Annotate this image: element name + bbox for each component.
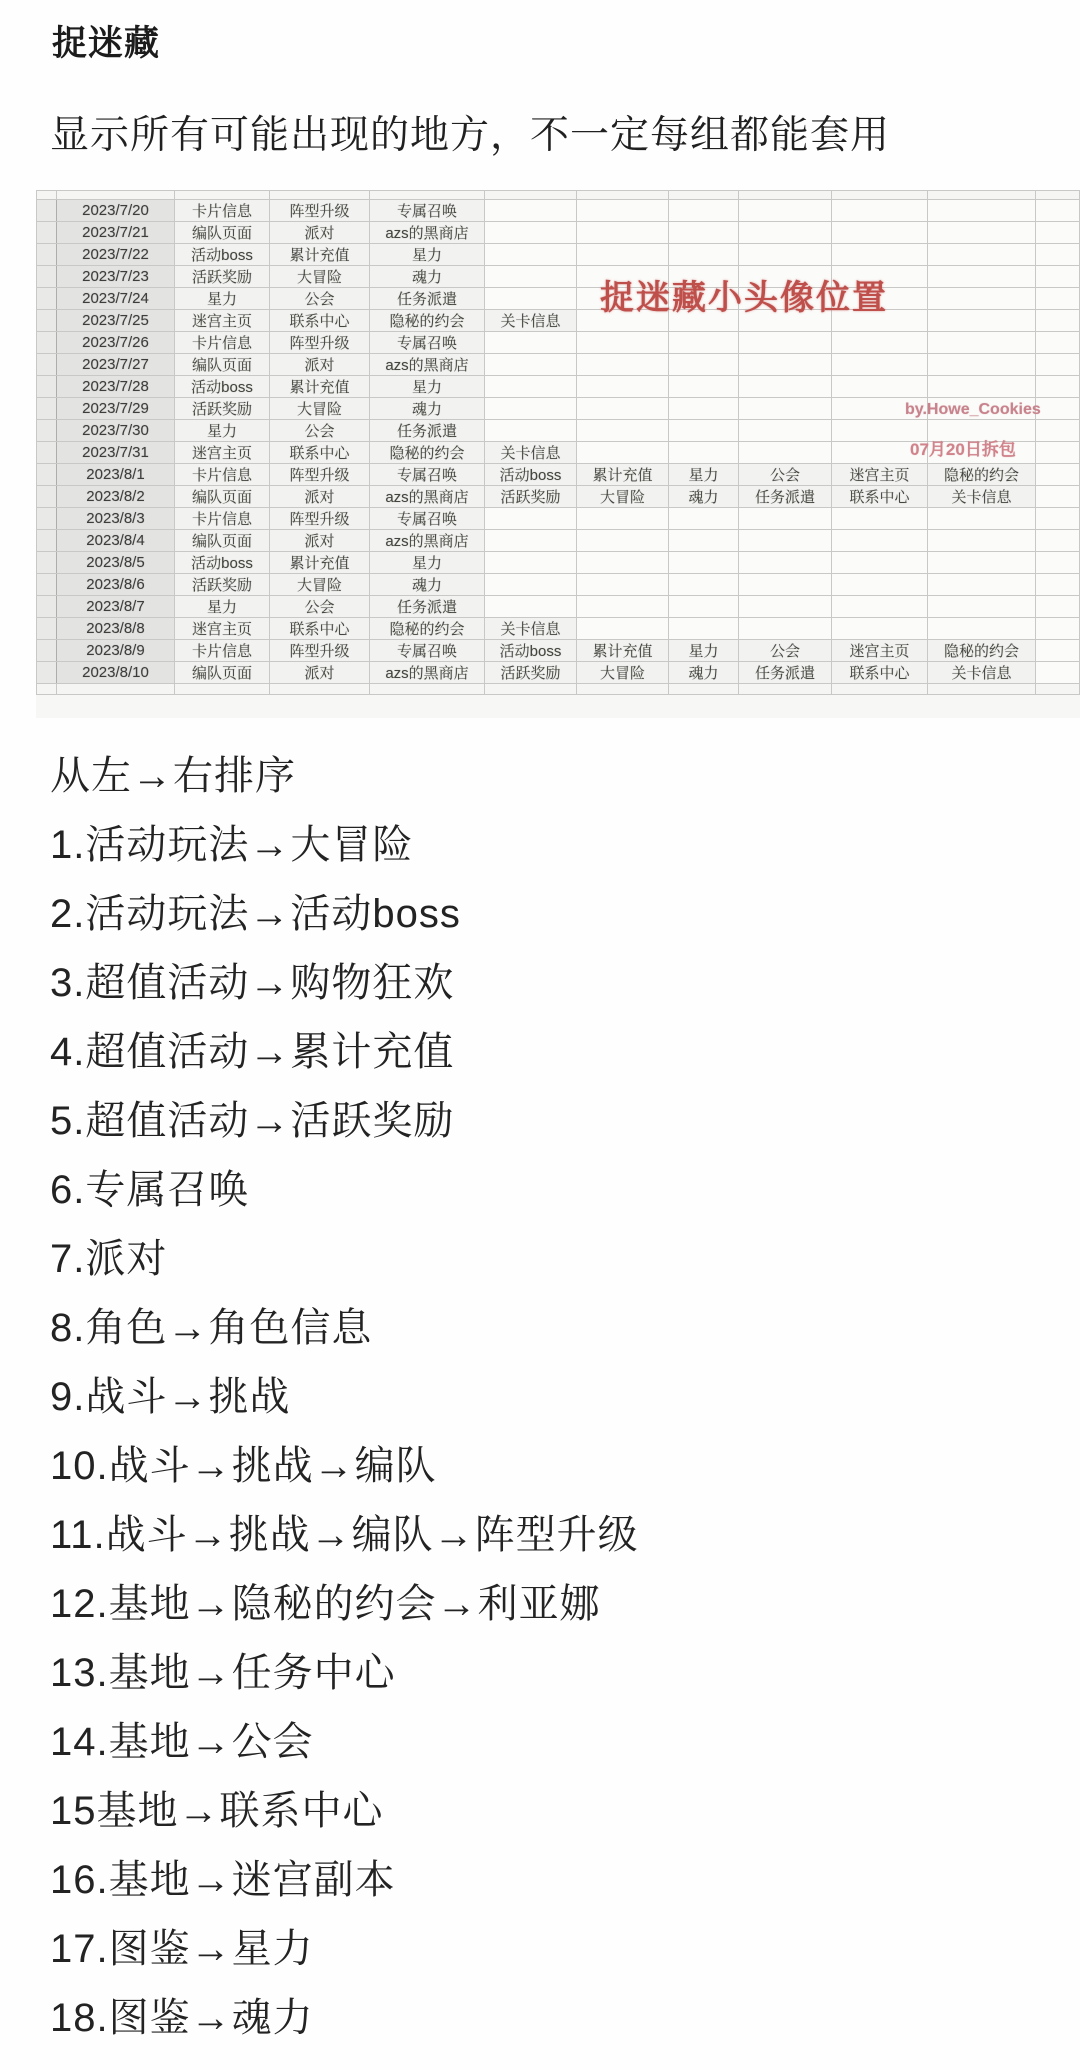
list-item: 4.超值活动→累计充值 (50, 1018, 639, 1087)
datamine-note: 07月20日拆包 (910, 435, 1016, 460)
schedule-cell (669, 618, 739, 640)
partial-cell (175, 191, 270, 200)
schedule-cell (739, 222, 832, 244)
schedule-cell: 任务派遣 (370, 288, 485, 310)
schedule-cell (832, 618, 928, 640)
partial-cell (1036, 191, 1080, 200)
partial-cell (370, 191, 485, 200)
tail-cell (1036, 354, 1080, 376)
schedule-cell: 任务派遣 (739, 486, 832, 508)
schedule-cell (832, 552, 928, 574)
schedule-cell (928, 574, 1036, 596)
schedule-cell: 隐秘的约会 (928, 464, 1036, 486)
schedule-cell: 迷宫主页 (175, 618, 270, 640)
schedule-cell: 关卡信息 (485, 442, 577, 464)
schedule-cell (485, 354, 577, 376)
date-cell: 2023/7/24 (57, 288, 175, 310)
table-row: 2023/8/3卡片信息阵型升级专属召唤 (37, 508, 1080, 530)
list-item: 1.活动玩法→大冒险 (50, 811, 639, 880)
author-watermark: by.Howe_Cookies (905, 401, 1041, 419)
tail-cell (1036, 486, 1080, 508)
date-cell: 2023/7/22 (57, 244, 175, 266)
row-number-cell (37, 442, 57, 464)
schedule-cell (832, 244, 928, 266)
schedule-cell (577, 596, 669, 618)
schedule-cell (669, 244, 739, 266)
schedule-cell (739, 530, 832, 552)
list-item: 6.专属召唤 (50, 1156, 639, 1225)
schedule-cell (739, 398, 832, 420)
schedule-cell (928, 354, 1036, 376)
date-cell: 2023/8/1 (57, 464, 175, 486)
date-cell: 2023/7/25 (57, 310, 175, 332)
table-row: 2023/7/21编队页面派对azs的黑商店 (37, 222, 1080, 244)
schedule-cell: 编队页面 (175, 530, 270, 552)
list-item: 17.图鉴→星力 (50, 1915, 639, 1984)
schedule-cell: 魂力 (669, 486, 739, 508)
schedule-cell (739, 332, 832, 354)
schedule-cell: 关卡信息 (485, 310, 577, 332)
partial-cell (37, 684, 57, 695)
partial-cell (370, 684, 485, 695)
schedule-cell: 公会 (270, 596, 370, 618)
schedule-cell: 专属召唤 (370, 464, 485, 486)
schedule-cell: 累计充值 (270, 376, 370, 398)
schedule-cell: 联系中心 (270, 618, 370, 640)
date-cell: 2023/7/23 (57, 266, 175, 288)
list-item: 8.角色→角色信息 (50, 1294, 639, 1363)
list-item: 2.活动玩法→活动boss (50, 880, 639, 949)
schedule-cell: 大冒险 (577, 662, 669, 684)
schedule-cell: 迷宫主页 (175, 442, 270, 464)
partial-cell (1036, 684, 1080, 695)
list-heading: 从左→右排序 (50, 742, 639, 811)
schedule-cell (669, 420, 739, 442)
schedule-cell (577, 508, 669, 530)
schedule-cell (739, 442, 832, 464)
schedule-cell (669, 552, 739, 574)
schedule-cell (739, 354, 832, 376)
schedule-cell: 隐秘的约会 (370, 442, 485, 464)
tail-cell (1036, 332, 1080, 354)
schedule-cell (577, 552, 669, 574)
schedule-cell (739, 618, 832, 640)
schedule-cell: 活跃奖励 (175, 266, 270, 288)
partial-cell (832, 191, 928, 200)
schedule-cell (577, 574, 669, 596)
partial-cell (485, 191, 577, 200)
list-item: 16.基地→迷宫副本 (50, 1846, 639, 1915)
order-list: 从左→右排序 1.活动玩法→大冒险2.活动玩法→活动boss3.超值活动→购物狂… (50, 742, 639, 2053)
schedule-cell: 联系中心 (270, 442, 370, 464)
table-row: 2023/8/1卡片信息阵型升级专属召唤活动boss累计充值星力公会迷宫主页隐秘… (37, 464, 1080, 486)
schedule-cell (485, 266, 577, 288)
partial-cell (270, 684, 370, 695)
list-item: 13.基地→任务中心 (50, 1639, 639, 1708)
tail-cell (1036, 222, 1080, 244)
schedule-cell: 隐秘的约会 (370, 310, 485, 332)
schedule-cell (577, 376, 669, 398)
schedule-cell: 活跃奖励 (175, 574, 270, 596)
table-row: 2023/7/28活动boss累计充值星力 (37, 376, 1080, 398)
schedule-cell: 阵型升级 (270, 200, 370, 222)
schedule-cell: 派对 (270, 662, 370, 684)
schedule-cell: 公会 (739, 640, 832, 662)
tail-cell (1036, 640, 1080, 662)
schedule-cell: 累计充值 (577, 464, 669, 486)
schedule-cell (577, 420, 669, 442)
table-row: 2023/8/2编队页面派对azs的黑商店活跃奖励大冒险魂力任务派遣联系中心关卡… (37, 486, 1080, 508)
schedule-cell (739, 574, 832, 596)
schedule-cell (485, 200, 577, 222)
tail-cell (1036, 200, 1080, 222)
schedule-cell: 星力 (669, 640, 739, 662)
schedule-cell (928, 552, 1036, 574)
partial-cell (175, 684, 270, 695)
table-row: 2023/7/26卡片信息阵型升级专属召唤 (37, 332, 1080, 354)
schedule-cell (577, 442, 669, 464)
schedule-cell: 活跃奖励 (485, 662, 577, 684)
tail-cell (1036, 596, 1080, 618)
schedule-cell (485, 420, 577, 442)
partial-cell (832, 684, 928, 695)
partial-cell (577, 684, 669, 695)
tail-cell (1036, 530, 1080, 552)
row-number-cell (37, 420, 57, 442)
schedule-cell: 派对 (270, 354, 370, 376)
schedule-cell: 编队页面 (175, 662, 270, 684)
table-row: 2023/8/6活跃奖励大冒险魂力 (37, 574, 1080, 596)
partial-cell (669, 684, 739, 695)
schedule-cell (577, 618, 669, 640)
table-row: 2023/8/4编队页面派对azs的黑商店 (37, 530, 1080, 552)
list-item: 5.超值活动→活跃奖励 (50, 1087, 639, 1156)
date-cell: 2023/7/21 (57, 222, 175, 244)
date-cell: 2023/8/6 (57, 574, 175, 596)
schedule-cell: 隐秘的约会 (928, 640, 1036, 662)
tail-cell (1036, 398, 1080, 420)
schedule-cell: 隐秘的约会 (370, 618, 485, 640)
schedule-cell: 累计充值 (270, 244, 370, 266)
row-number-cell (37, 574, 57, 596)
schedule-cell (832, 508, 928, 530)
schedule-cell (577, 354, 669, 376)
row-number-cell (37, 200, 57, 222)
schedule-cell: azs的黑商店 (370, 530, 485, 552)
schedule-cell: 卡片信息 (175, 508, 270, 530)
schedule-cell: 公会 (739, 464, 832, 486)
schedule-cell (928, 244, 1036, 266)
row-number-cell (37, 288, 57, 310)
sheet-annotation-title: 捉迷藏小头像位置 (600, 270, 888, 319)
schedule-cell (485, 530, 577, 552)
schedule-cell (577, 244, 669, 266)
schedule-cell: 关卡信息 (928, 486, 1036, 508)
date-cell: 2023/7/29 (57, 398, 175, 420)
schedule-cell (928, 618, 1036, 640)
schedule-cell: 累计充值 (270, 552, 370, 574)
tail-cell (1036, 618, 1080, 640)
post-page: 捉迷藏 显示所有可能出现的地方，不一定每组都能套用 2023/7/20卡片信息阵… (0, 0, 1080, 2070)
schedule-cell (832, 530, 928, 552)
partial-cell (577, 191, 669, 200)
schedule-cell: 阵型升级 (270, 464, 370, 486)
schedule-cell: 魂力 (669, 662, 739, 684)
schedule-cell: 阵型升级 (270, 640, 370, 662)
date-cell: 2023/7/20 (57, 200, 175, 222)
row-number-cell (37, 310, 57, 332)
schedule-cell (739, 552, 832, 574)
schedule-cell (928, 596, 1036, 618)
schedule-cell (928, 200, 1036, 222)
schedule-cell: 星力 (175, 596, 270, 618)
schedule-cell (669, 332, 739, 354)
list-item: 9.战斗→挑战 (50, 1363, 639, 1432)
tail-cell (1036, 574, 1080, 596)
schedule-cell (739, 376, 832, 398)
schedule-cell (485, 244, 577, 266)
schedule-cell: azs的黑商店 (370, 486, 485, 508)
date-cell: 2023/8/10 (57, 662, 175, 684)
date-cell: 2023/7/27 (57, 354, 175, 376)
row-number-cell (37, 332, 57, 354)
date-cell: 2023/7/28 (57, 376, 175, 398)
schedule-cell (832, 596, 928, 618)
schedule-cell: 阵型升级 (270, 508, 370, 530)
schedule-cell (739, 244, 832, 266)
schedule-cell: 阵型升级 (270, 332, 370, 354)
schedule-cell: 联系中心 (832, 662, 928, 684)
schedule-cell (739, 508, 832, 530)
tail-cell (1036, 288, 1080, 310)
schedule-cell (577, 332, 669, 354)
tail-cell (1036, 464, 1080, 486)
schedule-cell: azs的黑商店 (370, 354, 485, 376)
schedule-cell: 派对 (270, 486, 370, 508)
schedule-cell (832, 376, 928, 398)
tail-cell (1036, 508, 1080, 530)
schedule-cell (577, 398, 669, 420)
row-number-cell (37, 662, 57, 684)
schedule-cell: azs的黑商店 (370, 662, 485, 684)
schedule-cell: 派对 (270, 530, 370, 552)
schedule-cell (739, 420, 832, 442)
schedule-cell (669, 442, 739, 464)
table-row: 2023/7/23活跃奖励大冒险魂力 (37, 266, 1080, 288)
schedule-cell: 活跃奖励 (175, 398, 270, 420)
row-number-cell (37, 596, 57, 618)
schedule-cell: 星力 (370, 552, 485, 574)
schedule-cell: 魂力 (370, 266, 485, 288)
schedule-cell (928, 288, 1036, 310)
schedule-cell (485, 222, 577, 244)
tail-cell (1036, 552, 1080, 574)
schedule-cell: 星力 (370, 244, 485, 266)
schedule-cell: 活动boss (175, 244, 270, 266)
row-number-cell (37, 266, 57, 288)
schedule-cell (928, 508, 1036, 530)
schedule-cell: 迷宫主页 (175, 310, 270, 332)
schedule-cell: 迷宫主页 (832, 464, 928, 486)
schedule-cell: 卡片信息 (175, 640, 270, 662)
schedule-cell: 大冒险 (577, 486, 669, 508)
tail-cell (1036, 662, 1080, 684)
schedule-cell (928, 266, 1036, 288)
schedule-cell (669, 222, 739, 244)
date-cell: 2023/7/30 (57, 420, 175, 442)
schedule-cell: 卡片信息 (175, 464, 270, 486)
date-cell: 2023/8/9 (57, 640, 175, 662)
schedule-cell: 编队页面 (175, 486, 270, 508)
row-number-cell (37, 530, 57, 552)
spreadsheet-screenshot: 2023/7/20卡片信息阵型升级专属召唤2023/7/21编队页面派对azs的… (36, 190, 1080, 718)
partial-cell (928, 684, 1036, 695)
schedule-cell: 卡片信息 (175, 200, 270, 222)
date-cell: 2023/8/2 (57, 486, 175, 508)
row-number-cell (37, 464, 57, 486)
table-row: 2023/8/9卡片信息阵型升级专属召唤活动boss累计充值星力公会迷宫主页隐秘… (37, 640, 1080, 662)
schedule-cell: 任务派遣 (370, 420, 485, 442)
tail-cell (1036, 310, 1080, 332)
schedule-cell (485, 574, 577, 596)
schedule-cell (669, 200, 739, 222)
schedule-cell (739, 596, 832, 618)
table-row: 2023/7/22活动boss累计充值星力 (37, 244, 1080, 266)
tail-cell (1036, 266, 1080, 288)
list-item: 12.基地→隐秘的约会→利亚娜 (50, 1570, 639, 1639)
schedule-cell: 专属召唤 (370, 508, 485, 530)
schedule-cell: 魂力 (370, 574, 485, 596)
partial-cell (57, 191, 175, 200)
schedule-cell (669, 574, 739, 596)
row-number-cell (37, 618, 57, 640)
tail-cell (1036, 420, 1080, 442)
schedule-cell (832, 222, 928, 244)
schedule-cell: 星力 (669, 464, 739, 486)
schedule-cell: 派对 (270, 222, 370, 244)
partial-cell (485, 684, 577, 695)
row-number-cell (37, 376, 57, 398)
schedule-cell (669, 354, 739, 376)
schedule-cell (669, 596, 739, 618)
schedule-cell (832, 354, 928, 376)
schedule-cell (669, 508, 739, 530)
schedule-cell (485, 508, 577, 530)
schedule-cell (832, 332, 928, 354)
partial-cell (57, 684, 175, 695)
schedule-cell: 累计充值 (577, 640, 669, 662)
schedule-cell (928, 310, 1036, 332)
table-row: 2023/7/20卡片信息阵型升级专属召唤 (37, 200, 1080, 222)
partial-cell (928, 191, 1036, 200)
tail-cell (1036, 376, 1080, 398)
schedule-cell (485, 288, 577, 310)
schedule-cell (577, 222, 669, 244)
schedule-cell: 活动boss (175, 376, 270, 398)
schedule-cell: 公会 (270, 288, 370, 310)
table-row: 2023/7/27编队页面派对azs的黑商店 (37, 354, 1080, 376)
list-item: 11.战斗→挑战→编队→阵型升级 (50, 1501, 639, 1570)
date-cell: 2023/8/4 (57, 530, 175, 552)
date-cell: 2023/7/31 (57, 442, 175, 464)
schedule-cell: 星力 (370, 376, 485, 398)
row-number-cell (37, 640, 57, 662)
schedule-cell (669, 398, 739, 420)
date-cell: 2023/8/5 (57, 552, 175, 574)
list-item: 10.战斗→挑战→编队 (50, 1432, 639, 1501)
list-item: 3.超值活动→购物狂欢 (50, 949, 639, 1018)
date-cell: 2023/8/3 (57, 508, 175, 530)
partial-row (37, 191, 1080, 200)
schedule-cell (577, 200, 669, 222)
partial-cell (270, 191, 370, 200)
schedule-cell: 公会 (270, 420, 370, 442)
schedule-cell: 星力 (175, 420, 270, 442)
schedule-cell: 编队页面 (175, 354, 270, 376)
schedule-cell: azs的黑商店 (370, 222, 485, 244)
date-cell: 2023/7/26 (57, 332, 175, 354)
schedule-cell: 联系中心 (832, 486, 928, 508)
schedule-cell: 迷宫主页 (832, 640, 928, 662)
schedule-cell (928, 222, 1036, 244)
partial-cell (739, 684, 832, 695)
schedule-cell (928, 376, 1036, 398)
schedule-cell (832, 574, 928, 596)
schedule-cell: 任务派遣 (370, 596, 485, 618)
partial-cell (669, 191, 739, 200)
partial-cell (739, 191, 832, 200)
schedule-cell (832, 200, 928, 222)
table-row: 2023/8/10编队页面派对azs的黑商店活跃奖励大冒险魂力任务派遣联系中心关… (37, 662, 1080, 684)
list-item: 14.基地→公会 (50, 1708, 639, 1777)
list-item: 7.派对 (50, 1225, 639, 1294)
schedule-cell: 任务派遣 (739, 662, 832, 684)
schedule-cell (739, 200, 832, 222)
list-item: 15基地→联系中心 (50, 1777, 639, 1846)
partial-row (37, 684, 1080, 695)
schedule-cell (485, 398, 577, 420)
schedule-cell (928, 332, 1036, 354)
page-title: 捉迷藏 (52, 16, 160, 66)
schedule-cell (577, 530, 669, 552)
schedule-cell: 活跃奖励 (485, 486, 577, 508)
date-cell: 2023/8/7 (57, 596, 175, 618)
partial-cell (37, 191, 57, 200)
tail-cell (1036, 244, 1080, 266)
schedule-cell: 联系中心 (270, 310, 370, 332)
schedule-cell: 活动boss (175, 552, 270, 574)
schedule-cell: 关卡信息 (485, 618, 577, 640)
row-number-cell (37, 508, 57, 530)
schedule-cell (669, 376, 739, 398)
table-row: 2023/8/7星力公会任务派遣 (37, 596, 1080, 618)
tail-cell (1036, 442, 1080, 464)
schedule-cell: 专属召唤 (370, 332, 485, 354)
schedule-cell: 活动boss (485, 464, 577, 486)
schedule-cell: 专属召唤 (370, 200, 485, 222)
table-row: 2023/8/5活动boss累计充值星力 (37, 552, 1080, 574)
schedule-cell: 关卡信息 (928, 662, 1036, 684)
schedule-cell (485, 332, 577, 354)
table-row: 2023/7/24星力公会任务派遣 (37, 288, 1080, 310)
schedule-cell: 星力 (175, 288, 270, 310)
list-item: 18.图鉴→魂力 (50, 1984, 639, 2053)
row-number-cell (37, 486, 57, 508)
row-number-cell (37, 354, 57, 376)
schedule-cell (669, 530, 739, 552)
row-number-cell (37, 244, 57, 266)
page-subtitle: 显示所有可能出现的地方，不一定每组都能套用 (50, 104, 890, 160)
